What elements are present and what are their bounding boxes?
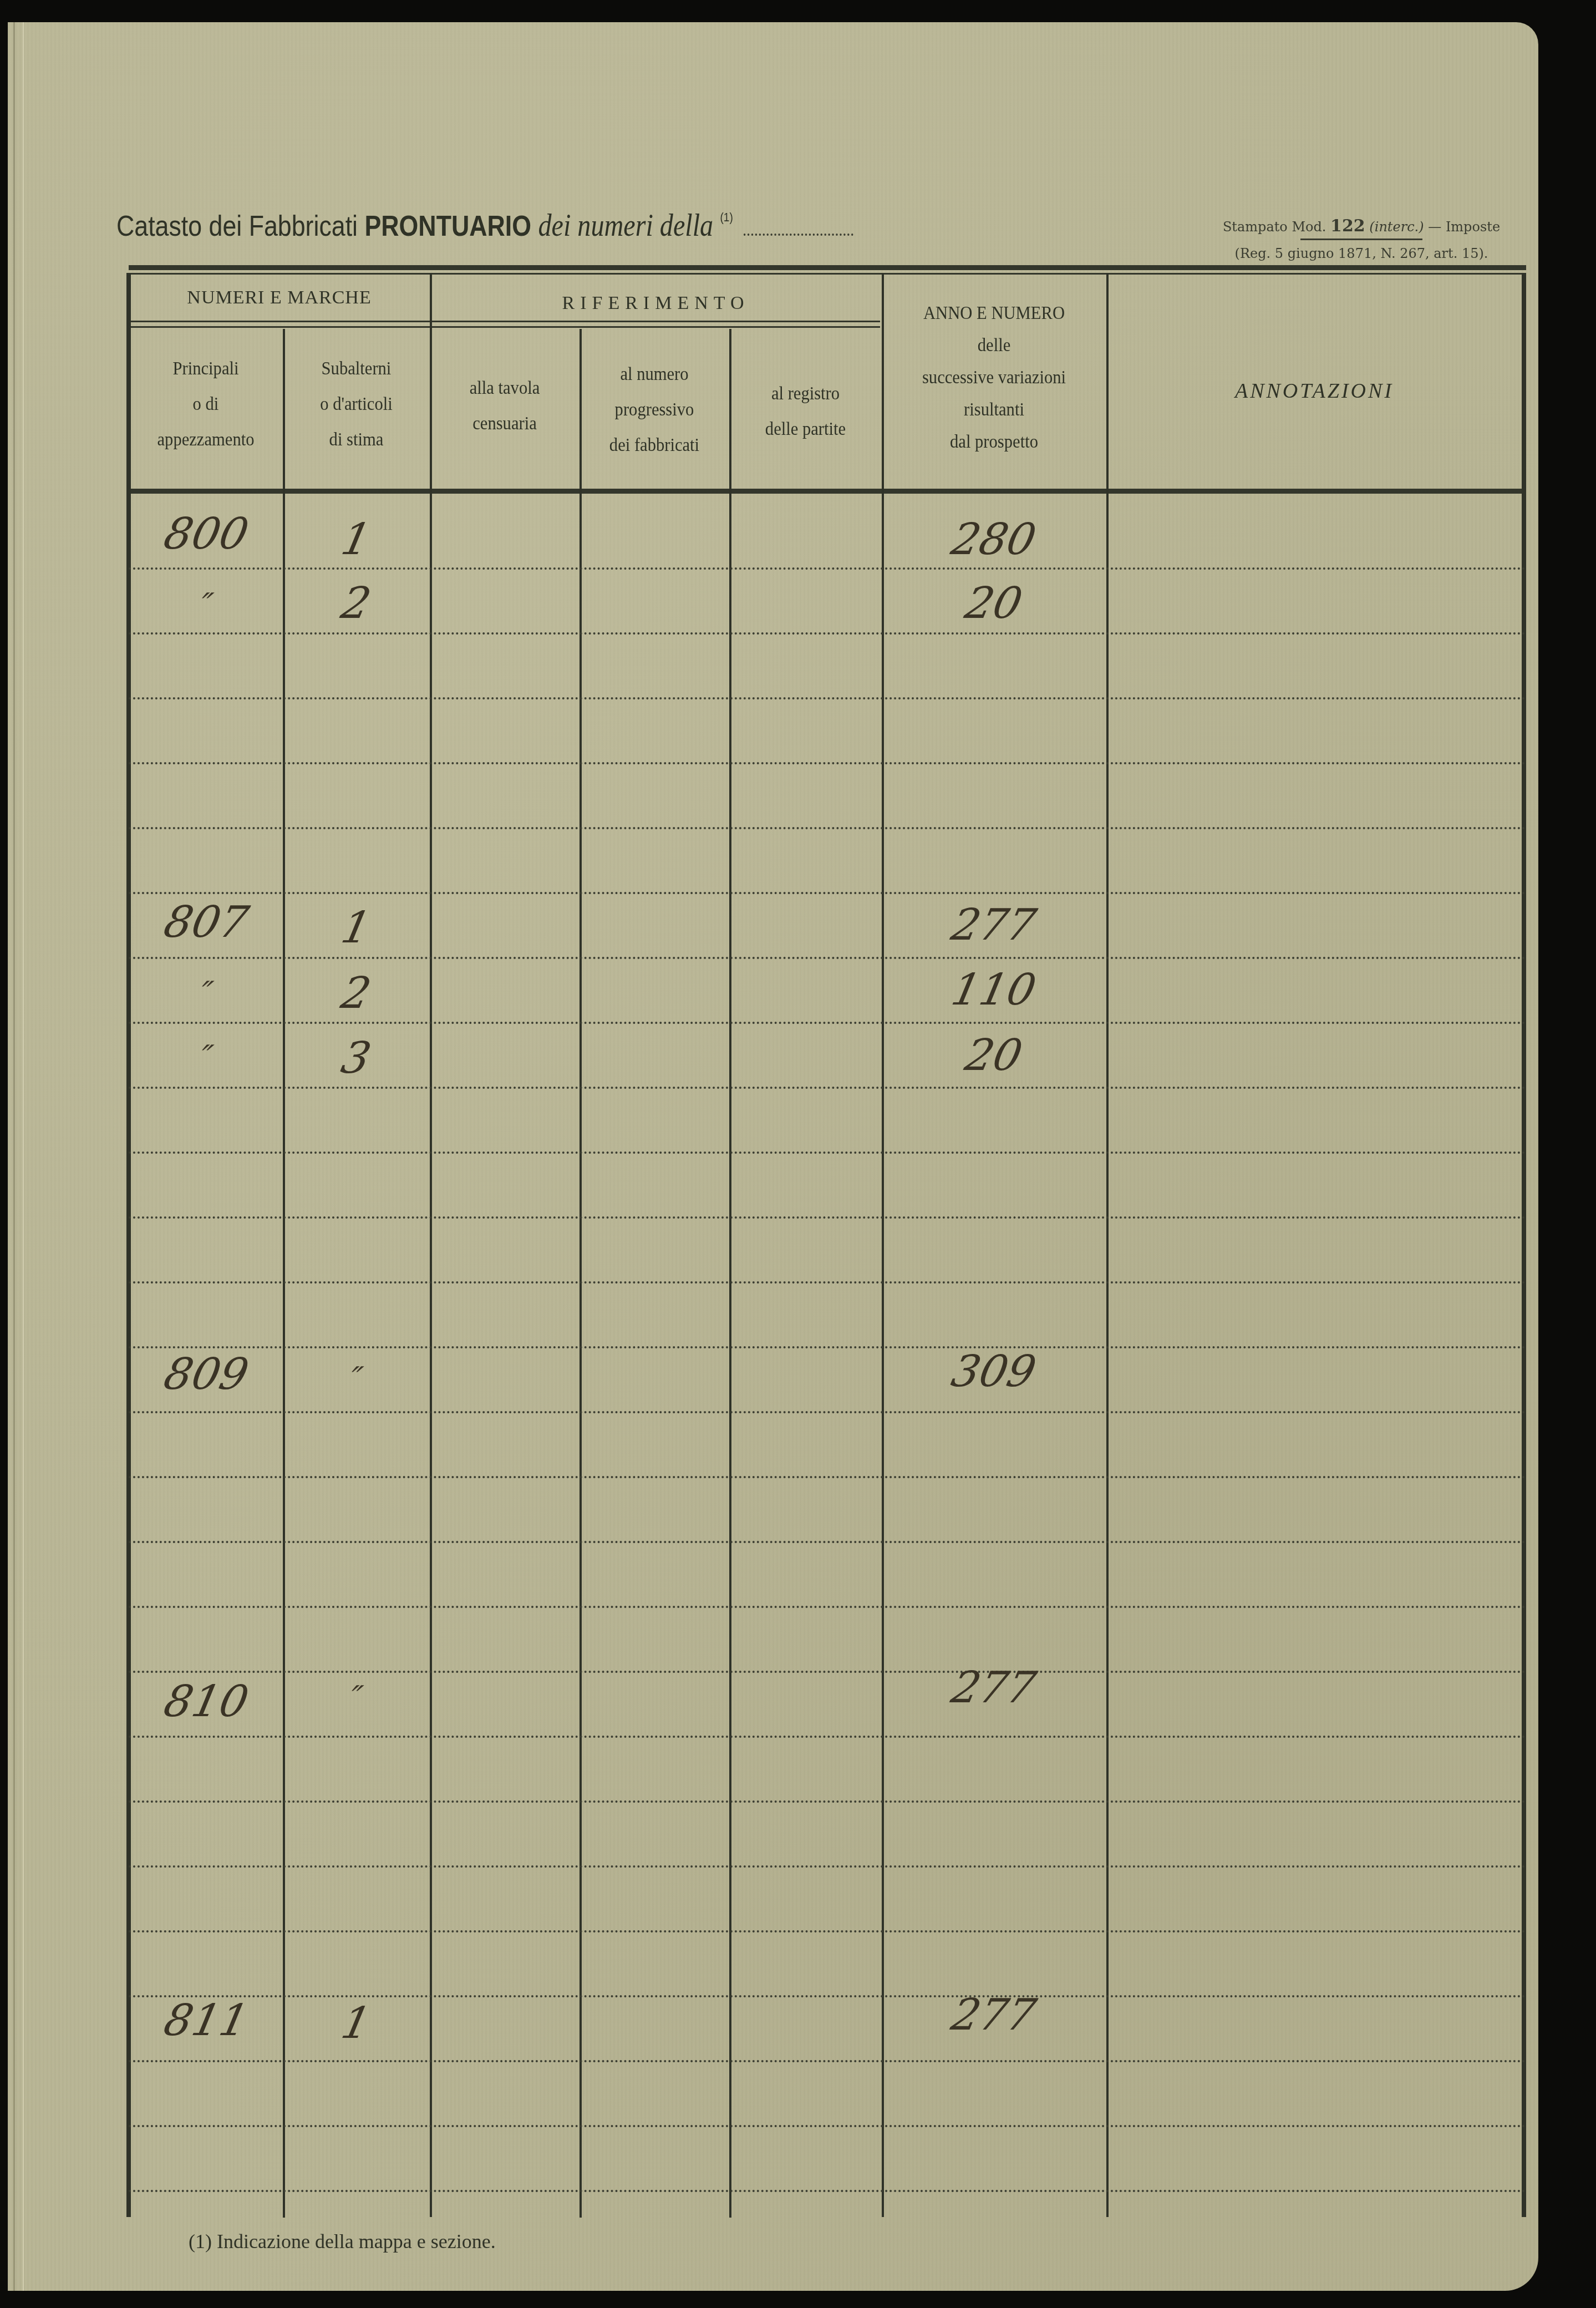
entry-anno-numero: 277: [933, 900, 1054, 950]
row-line: [129, 827, 1526, 829]
row-line: [129, 1930, 1526, 1932]
header-anno-numero: ANNO E NUMERO delle successive variazion…: [893, 297, 1095, 458]
table-top-rule: [129, 265, 1526, 270]
stamp-interc: (interc.): [1369, 219, 1424, 235]
row-line: [129, 1152, 1526, 1154]
row-line: [129, 957, 1526, 959]
row-line: [129, 1800, 1526, 1803]
header-riferimento: RIFERIMENTO: [430, 293, 882, 314]
entry-anno-numero: 277: [933, 1990, 1054, 2040]
col-divider-1: [283, 329, 285, 2218]
entry-anno-numero: 110: [933, 965, 1054, 1015]
print-stamp: Stampato Mod. 122 (interc.) — Imposte (R…: [1190, 216, 1533, 262]
row-line: [129, 1541, 1526, 1543]
entry-principali: 811: [145, 1996, 267, 2046]
entry-subalterni: 3: [295, 1033, 416, 1083]
col-divider-3: [580, 329, 582, 2218]
row-line: [129, 892, 1526, 894]
stamp-regulation: (Reg. 5 giugno 1871, N. 267, art. 15).: [1190, 246, 1533, 262]
entry-principali-ditto: ″: [147, 1039, 266, 1075]
row-line: [129, 1216, 1526, 1219]
header-principali: Principali o di appezzamento: [136, 351, 275, 458]
stamp-prefix: Stampato Mod.: [1223, 219, 1326, 235]
col-divider-6: [1106, 273, 1109, 2217]
entry-subalterni-ditto: ″: [297, 1361, 415, 1397]
col-divider-2: [430, 273, 432, 2217]
entry-subalterni: 2: [295, 968, 416, 1018]
entry-anno-numero: 20: [933, 579, 1054, 628]
row-line: [129, 697, 1526, 699]
group-rule-2: [129, 326, 880, 328]
entry-anno-numero: 280: [933, 515, 1054, 565]
title-prontuario: PRONTUARIO: [364, 210, 531, 242]
header-numero-progressivo: al numero progressivo dei fabbricati: [587, 357, 722, 463]
blank-fill-line: [744, 234, 853, 236]
row-line: [129, 1476, 1526, 1478]
entry-principali: 809: [145, 1350, 267, 1399]
header-numeri-e-marche: NUMERI E MARCHE: [129, 287, 430, 308]
footnote-marker: (1): [720, 210, 733, 224]
row-line: [129, 1022, 1526, 1024]
entry-principali-ditto: ″: [147, 587, 266, 623]
table-left-border: [126, 273, 131, 2217]
entry-anno-numero: 277: [933, 1663, 1054, 1713]
group-rule: [129, 321, 880, 322]
entry-principali: 810: [145, 1677, 267, 1727]
entry-anno-numero: 309: [933, 1347, 1054, 1397]
header-registro-partite: al registro delle partite: [737, 376, 875, 447]
header-annotazioni: ANNOTAZIONI: [1106, 379, 1522, 403]
row-line: [129, 1736, 1526, 1738]
row-line: [129, 1995, 1526, 1997]
row-line: [129, 2125, 1526, 2127]
prontuario-table: NUMERI E MARCHE RIFERIMENTO Principali o…: [129, 265, 1526, 2218]
row-line: [129, 1606, 1526, 1608]
page-title: Catasto dei Fabbricati PRONTUARIO dei nu…: [116, 208, 853, 244]
entry-subalterni: 1: [295, 903, 416, 953]
row-line: [129, 1346, 1526, 1348]
row-line: [129, 762, 1526, 764]
title-numeri-della: dei numeri della: [538, 209, 713, 243]
row-line: [129, 2060, 1526, 2062]
entry-principali-ditto: ″: [147, 975, 266, 1011]
entry-principali: 800: [145, 509, 267, 559]
table-top-rule-thin: [129, 273, 1526, 275]
stamp-imposte: — Imposte: [1428, 219, 1500, 235]
row-line: [129, 1087, 1526, 1089]
row-line: [129, 1281, 1526, 1284]
row-line: [129, 1671, 1526, 1673]
binding-edge: [13, 22, 24, 2291]
entry-subalterni-ditto: ″: [297, 1680, 415, 1716]
row-line: [129, 2190, 1526, 2192]
entry-subalterni: 2: [295, 579, 416, 628]
entry-anno-numero: 20: [933, 1031, 1054, 1081]
header-bottom-rule: [129, 489, 1526, 494]
entry-subalterni: 1: [295, 1998, 416, 2048]
row-line: [129, 567, 1526, 570]
header-subalterni: Subalterni o d'articoli di stima: [290, 351, 423, 458]
entry-subalterni: 1: [295, 515, 416, 565]
row-line: [129, 1411, 1526, 1413]
col-divider-4: [729, 329, 731, 2218]
stamp-model-number: 122: [1330, 216, 1365, 236]
footnote: (1) Indicazione della mappa e sezione.: [189, 2230, 496, 2253]
title-catasto: Catasto dei Fabbricati: [116, 210, 358, 242]
table-right-border: [1522, 273, 1526, 2217]
col-divider-5: [882, 273, 884, 2217]
header-tavola-censuaria: alla tavola censuaria: [438, 371, 572, 442]
row-line: [129, 1865, 1526, 1868]
entry-principali: 807: [145, 897, 267, 947]
stamp-rule: [1300, 239, 1422, 240]
row-line: [129, 632, 1526, 635]
